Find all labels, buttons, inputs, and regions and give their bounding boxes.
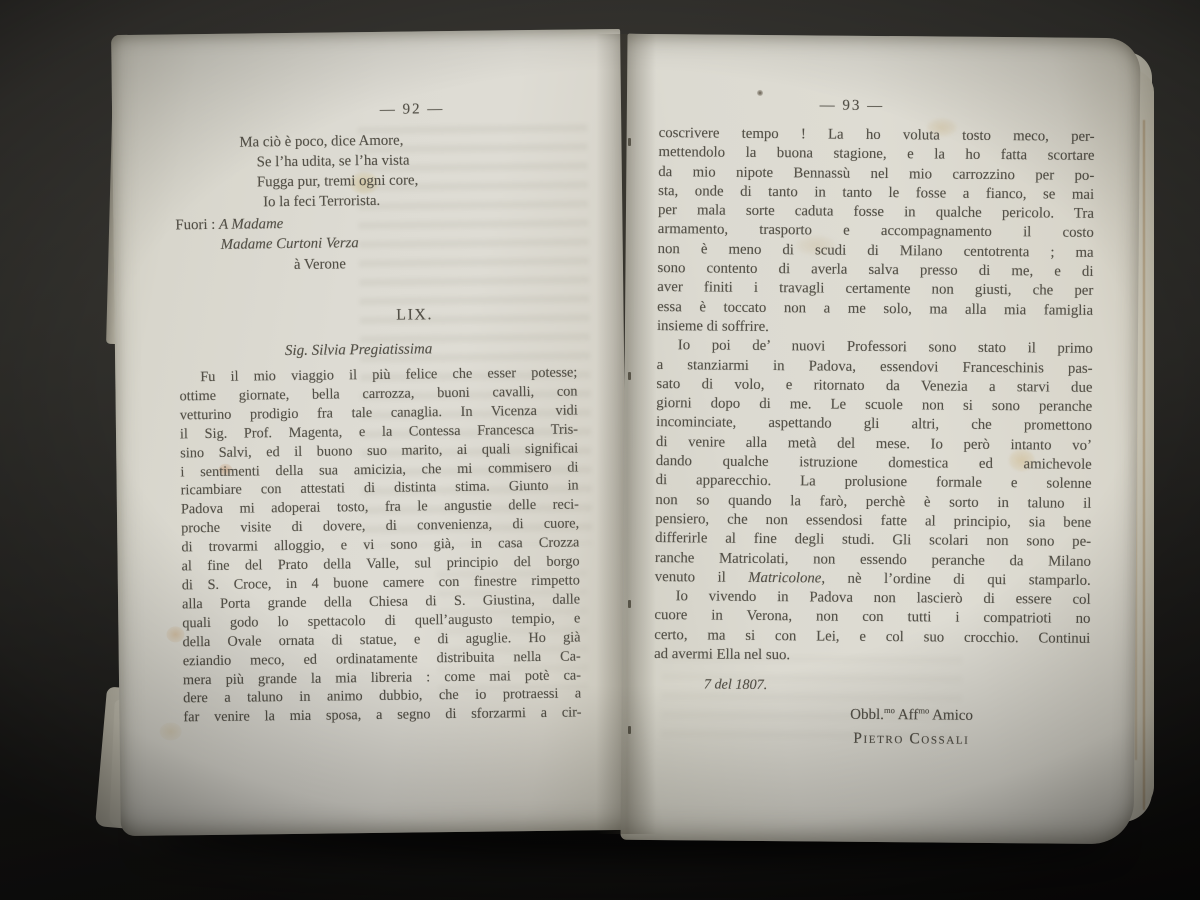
page-number-right: — 93 —	[717, 97, 987, 116]
left-page: — 92 — Ma ciò è poco, dice Amore, Se l’h…	[111, 29, 630, 836]
right-page: — 93 — coscrivere tempo ! La ho voluta t…	[620, 34, 1140, 844]
binding-stitch	[628, 726, 631, 734]
text-segment: , nè l’ordine di qui stamparlo.	[821, 570, 1091, 588]
paper-speck	[757, 90, 763, 96]
valediction: Obbl.mo Affmo Amico	[781, 703, 1041, 728]
binding-stitch	[628, 138, 631, 146]
letter-paragraph: coscrivere tempo ! La ho voluta tosto me…	[654, 124, 1095, 668]
text-line: ad avermi Ella nel suo.	[654, 645, 1090, 668]
page-number-left: — 92 —	[262, 100, 562, 121]
text-segment: Matricolone	[748, 570, 821, 587]
binding-stitch	[628, 372, 631, 380]
binding-stitch	[628, 600, 631, 608]
poem-block: Ma ciò è poco, dice Amore, Se l’ha udita…	[176, 129, 557, 214]
text-segment: venuto il	[655, 569, 749, 586]
book-photo: — 92 — Ma ciò è poco, dice Amore, Se l’h…	[0, 0, 1200, 900]
signature: Pietro Cossali	[781, 726, 1041, 751]
text-segment: Obbl.	[850, 707, 884, 723]
page-edge-stain	[1143, 120, 1145, 810]
text-segment: mo	[884, 705, 895, 715]
date-line: 7 del 1807.	[704, 676, 768, 694]
salutation: Sig. Silvia Pregiatissima	[285, 341, 433, 360]
text-line: Io la feci Terrorista.	[177, 189, 557, 214]
text-segment: A Madame	[219, 216, 283, 233]
letter-paragraph: Fu il mio viaggio il più felice che esse…	[179, 363, 581, 727]
text-segment: Aff	[895, 707, 919, 723]
section-number: LIX.	[264, 305, 564, 327]
closing-block: Obbl.mo Affmo Amico Pietro Cossali	[781, 703, 1041, 751]
text-segment: Amico	[929, 707, 973, 723]
text-line: far venire la mia sposa, a segno di sfor…	[183, 704, 581, 728]
address-block: Fuori : A Madame Madame Curtoni Verza à …	[175, 211, 556, 278]
text-segment: mo	[918, 705, 929, 715]
paper-stain	[160, 722, 182, 740]
text-segment: Fuori :	[175, 217, 219, 234]
